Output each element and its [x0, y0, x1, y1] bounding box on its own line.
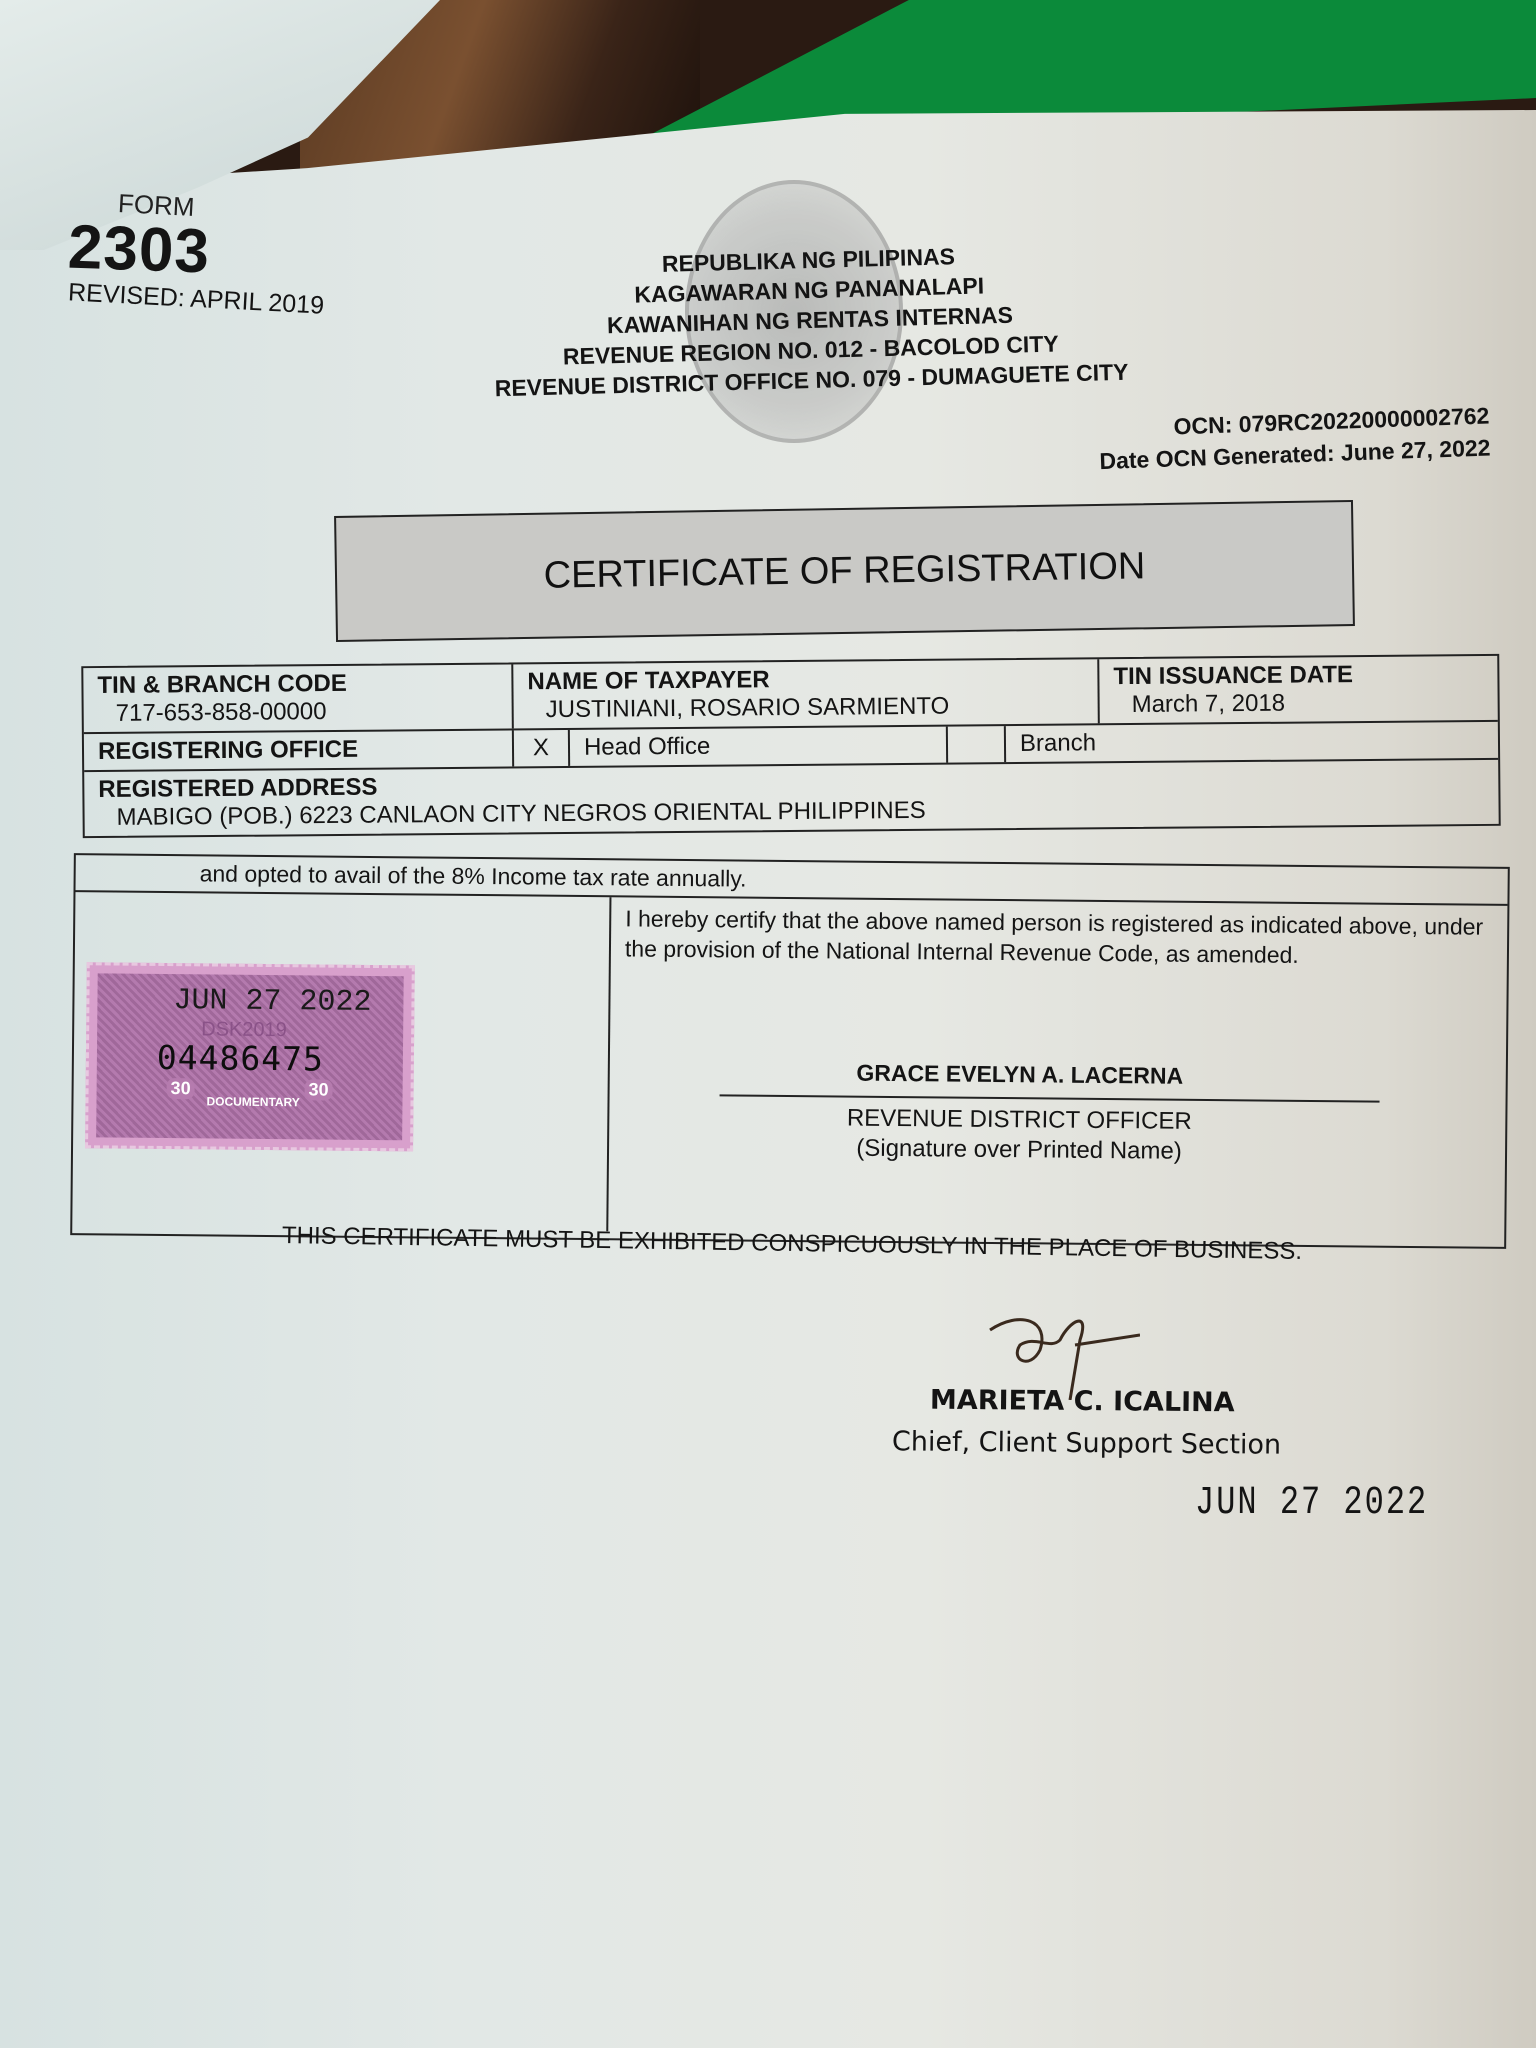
info-row: TIN & BRANCH CODE 717-653-858-00000 NAME… [83, 656, 1498, 734]
title-box: CERTIFICATE OF REGISTRATION [334, 500, 1355, 642]
agency-header: REPUBLIKA NG PILIPINAS KAGAWARAN NG PANA… [428, 235, 1192, 405]
chief-title: Chief, Client Support Section [892, 1426, 1281, 1460]
address-cell: REGISTERED ADDRESS MABIGO (POB.) 6223 CA… [84, 760, 1499, 836]
head-office-checkbox: X [514, 730, 570, 766]
form-number: 2303 [67, 212, 211, 288]
certification-section: and opted to avail of the 8% Income tax … [70, 853, 1510, 1249]
officer-name: GRACE EVELYN A. LACERNA [770, 1059, 1270, 1091]
stamp-date: JUN 27 2022 [173, 984, 371, 1020]
document-title: CERTIFICATE OF REGISTRATION [543, 545, 1145, 597]
taxpayer-info-table: TIN & BRANCH CODE 717-653-858-00000 NAME… [81, 654, 1500, 838]
stamp-value-right: 30 [305, 1079, 333, 1100]
officer-title-block: REVENUE DISTRICT OFFICER (Signature over… [769, 1103, 1270, 1168]
tin-value: 717-653-858-00000 [98, 697, 498, 728]
certification-body: JUN 27 2022 DSK2019 04486475 30 30 DOCUM… [72, 892, 1507, 1240]
signature-line [720, 1094, 1380, 1102]
stamp-value-left: 30 [167, 1078, 195, 1099]
certify-statement: I hereby certify that the above named pe… [625, 903, 1494, 971]
received-date-stamp: JUN 27 2022 [1195, 1479, 1428, 1525]
issuance-date-label: TIN ISSUANCE DATE [1113, 660, 1483, 691]
officer-title: REVENUE DISTRICT OFFICER [769, 1103, 1269, 1138]
chief-name: MARIETA C. ICALINA [930, 1385, 1235, 1419]
branch-label: Branch [1006, 722, 1498, 762]
tin-cell: TIN & BRANCH CODE 717-653-858-00000 [83, 664, 514, 732]
certify-cell: I hereby certify that the above named pe… [608, 897, 1507, 1240]
taxpayer-name-cell: NAME OF TAXPAYER JUSTINIANI, ROSARIO SAR… [513, 659, 1100, 728]
issuance-date-cell: TIN ISSUANCE DATE March 7, 2018 [1099, 656, 1498, 723]
issuance-date-value: March 7, 2018 [1114, 688, 1484, 719]
address-row: REGISTERED ADDRESS MABIGO (POB.) 6223 CA… [84, 760, 1499, 836]
taxpayer-name-value: JUSTINIANI, ROSARIO SARMIENTO [528, 691, 1084, 724]
tin-label: TIN & BRANCH CODE [97, 669, 497, 700]
registering-office-label: REGISTERING OFFICE [84, 730, 514, 770]
head-office-label: Head Office [570, 727, 948, 766]
stamp-type: DOCUMENTARY [206, 1094, 299, 1109]
officer-note: (Signature over Printed Name) [769, 1133, 1269, 1168]
stamp-cell: JUN 27 2022 DSK2019 04486475 30 30 DOCUM… [72, 892, 611, 1231]
documentary-stamp: JUN 27 2022 DSK2019 04486475 30 30 DOCUM… [85, 962, 415, 1151]
stamp-serial: 04486475 [157, 1038, 324, 1079]
branch-checkbox [948, 726, 1006, 763]
